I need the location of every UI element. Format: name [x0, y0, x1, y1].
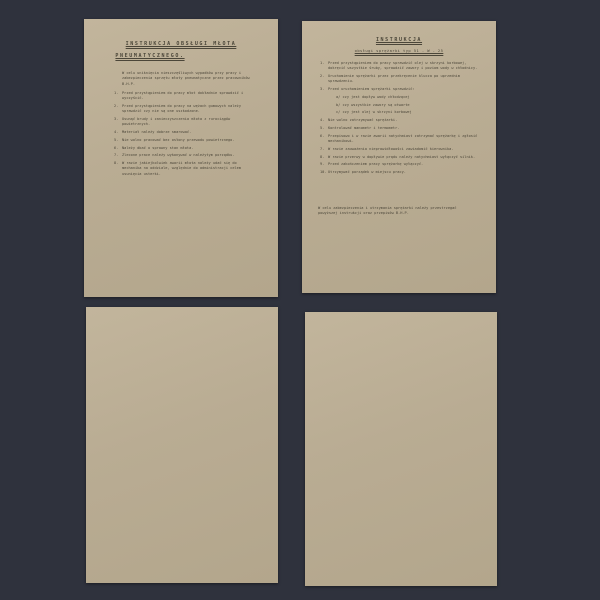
item-number: 9.	[320, 162, 328, 167]
item-number: 4.	[114, 130, 122, 135]
document-page-2: INSTRUKCJA obsługi sprężarki typ 51 - W …	[302, 21, 496, 293]
title-line-2: PNEUMATYCZNEGO.	[22, 53, 278, 59]
item-number: 1.	[320, 61, 328, 71]
item-number: 1.	[114, 91, 122, 101]
list-item: 4.Nie wolno zatrzymywać sprężarki.	[320, 118, 484, 123]
item-number: 10.	[320, 170, 328, 175]
list-item: 8.W razie jakiejkolwiek awarii młota nal…	[114, 161, 258, 177]
list-item: 2.Przed przystąpieniem do pracy na wężac…	[114, 104, 258, 114]
document-page-3-blank	[86, 307, 278, 583]
document-page-4-blank	[305, 312, 497, 586]
item-text: Przed przystąpieniem do pracy młot dokła…	[122, 91, 258, 101]
list-item: 7.Zlecone prace należy wykonywać w należ…	[114, 153, 258, 158]
list-item: 6.Należy dbać o sprawny stan młota.	[114, 146, 258, 151]
item-number	[328, 103, 336, 108]
list-item: 8.W razie przerwy w dopływie prądu należ…	[320, 155, 484, 160]
list-item: b/ czy wszystkie zawory są otwarte	[328, 103, 484, 108]
item-number: 8.	[114, 161, 122, 177]
item-text: Uruchomienie sprężarki przez przekręceni…	[328, 74, 484, 84]
intro-paragraph: W celu uniknięcia nieszczęśliwych wypadk…	[122, 71, 254, 87]
list-item: 9.Przed zakończeniem pracy sprężarkę wył…	[320, 162, 484, 167]
item-number: 8.	[320, 155, 328, 160]
list-item: 3.Usunąć brudy i zanieczyszczenia młota …	[114, 117, 258, 127]
item-number: 3.	[114, 117, 122, 127]
instruction-list: 1.Przed przystąpieniem do pracy sprawdzi…	[320, 61, 484, 178]
item-text: W razie przerwy w dopływie prądu należy …	[328, 155, 475, 160]
title-line-1: INSTRUKCJA OBSŁUGI MŁOTA	[84, 41, 278, 47]
item-number: 5.	[114, 138, 122, 143]
page-title: INSTRUKCJA obsługi sprężarki typ 51 - W …	[302, 37, 496, 53]
item-text: b/ czy wszystkie zawory są otwarte	[336, 103, 410, 108]
item-text: a/ czy jest dopływ wody chłodzącej	[336, 95, 410, 100]
list-item: 1.Przed przystąpieniem do pracy młot dok…	[114, 91, 258, 101]
item-number: 7.	[114, 153, 122, 158]
item-number: 6.	[320, 134, 328, 144]
item-number: 6.	[114, 146, 122, 151]
item-number: 2.	[320, 74, 328, 84]
list-item: a/ czy jest dopływ wody chłodzącej	[328, 95, 484, 100]
item-text: Przed przystąpieniem do pracy sprawdzić …	[328, 61, 484, 71]
item-number	[328, 95, 336, 100]
list-item: c/ czy jest olej w skrzyni korbowej	[328, 110, 484, 115]
list-item: 2.Uruchomienie sprężarki przez przekręce…	[320, 74, 484, 84]
item-number: 4.	[320, 118, 328, 123]
item-text: Nie wolno zatrzymywać sprężarki.	[328, 118, 397, 123]
item-text: Przepisowo i w razie awarii natychmiast …	[328, 134, 484, 144]
item-text: Utrzymywać porządek w miejscu pracy.	[328, 170, 406, 175]
item-number: 2.	[114, 104, 122, 114]
list-item: 6.Przepisowo i w razie awarii natychmias…	[320, 134, 484, 144]
list-item: 10.Utrzymywać porządek w miejscu pracy.	[320, 170, 484, 175]
instruction-list: 1.Przed przystąpieniem do pracy młot dok…	[114, 91, 258, 179]
item-text: Usunąć brudy i zanieczyszczenia młota z …	[122, 117, 258, 127]
item-number: 3.	[320, 87, 328, 92]
list-item: 3.Przed uruchomieniem sprężarki sprawdzi…	[320, 87, 484, 92]
item-text: Nie wolno pracować bez osłony przewodu p…	[122, 138, 235, 143]
list-item: 1.Przed przystąpieniem do pracy sprawdzi…	[320, 61, 484, 71]
item-text: Zlecone prace należy wykonywać w należyt…	[122, 153, 235, 158]
list-item: 4.Materiał należy dobrze smarować.	[114, 130, 258, 135]
item-text: W razie zauważenia nieprawidłowości zawi…	[328, 147, 454, 152]
item-number: 7.	[320, 147, 328, 152]
item-number	[328, 110, 336, 115]
list-item: 7.W razie zauważenia nieprawidłowości za…	[320, 147, 484, 152]
list-item: 5.Kontrolować manometr i termometr.	[320, 126, 484, 131]
title-line-2: obsługi sprężarki typ 51 - W - 25	[302, 48, 496, 53]
page-title: INSTRUKCJA OBSŁUGI MŁOTA PNEUMATYCZNEGO.	[84, 41, 278, 59]
document-page-1: INSTRUKCJA OBSŁUGI MŁOTA PNEUMATYCZNEGO.…	[84, 19, 278, 297]
item-text: Przed zakończeniem pracy sprężarkę wyłąc…	[328, 162, 423, 167]
list-item: 5.Nie wolno pracować bez osłony przewodu…	[114, 138, 258, 143]
item-text: Przed przystąpieniem do pracy na wężach …	[122, 104, 258, 114]
item-text: Przed uruchomieniem sprężarki sprawdzić:	[328, 87, 415, 92]
footer-note: W celu zabezpieczenia i utrzymania spręż…	[318, 206, 474, 217]
item-text: c/ czy jest olej w skrzyni korbowej	[336, 110, 412, 115]
item-text: Należy dbać o sprawny stan młota.	[122, 146, 193, 151]
title-line-1: INSTRUKCJA	[302, 37, 496, 43]
item-number: 5.	[320, 126, 328, 131]
item-text: Kontrolować manometr i termometr.	[328, 126, 399, 131]
item-text: W razie jakiejkolwiek awarii młota należ…	[122, 161, 258, 177]
item-text: Materiał należy dobrze smarować.	[122, 130, 191, 135]
